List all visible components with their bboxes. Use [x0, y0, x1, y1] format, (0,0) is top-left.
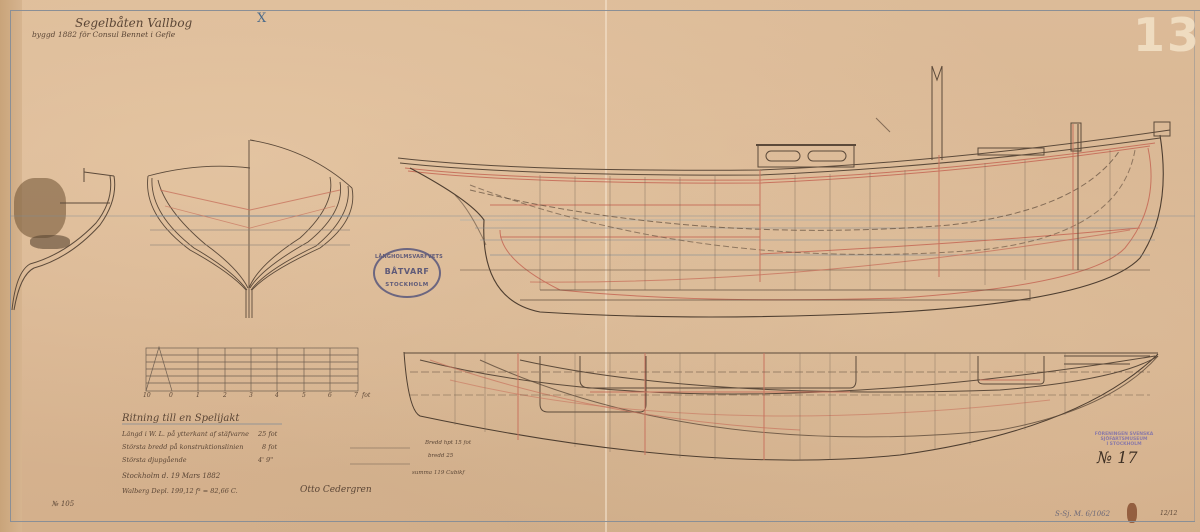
stamp-bottom-text: STOCKHOLM — [375, 282, 439, 288]
center-note: bredd 25 — [428, 453, 453, 459]
scale-tick: 1 — [196, 392, 200, 399]
half-breadth-view — [404, 352, 1158, 460]
center-note: summa 119 Cubikf — [412, 470, 464, 476]
scale-tick: 5 — [302, 392, 306, 399]
note-line-3: Största djupgående — [122, 456, 187, 464]
stamp-top-text: LÅNGHOLMSVARFVETS — [375, 254, 439, 260]
scale-tick: 10 — [143, 392, 151, 399]
signature: Otto Cedergren — [300, 485, 372, 495]
scale-tick: 2 — [223, 392, 227, 399]
notes-heading: Ritning till en Spelijakt — [122, 413, 239, 424]
drawing-sheet: 13 Segelbåten Vallbog byggd 1882 för Con… — [0, 0, 1200, 532]
margin-note: 12/12 — [1160, 510, 1177, 517]
scale-bar — [146, 347, 358, 391]
center-note: Bredd hpt 15 fot — [425, 440, 471, 446]
body-plan-view — [148, 140, 353, 318]
displacement: Walberg Depl. 199,12 f³ = 82,66 C. — [122, 487, 238, 495]
stern-section-view — [12, 168, 115, 310]
archive-stamp-line2: I STOCKHOLM — [1081, 442, 1167, 447]
ship-drawing-lines — [0, 0, 1200, 532]
stamp-center-text: BÅTVARF — [375, 267, 439, 276]
scale-tick: 0 — [169, 392, 173, 399]
place-date: Stockholm d. 19 Mars 1882 — [122, 472, 220, 480]
scale-tick: 4 — [275, 392, 279, 399]
note-line-2: Största bredd på konstruktionslinien — [122, 443, 243, 451]
scale-tick: 6 — [328, 392, 332, 399]
scale-tick: 3 — [249, 392, 253, 399]
note-line-1: Längd i W. L. på ytterkant af stäfvarne — [122, 430, 249, 438]
scale-tick: 7 — [354, 392, 358, 399]
drawing-number: № 17 — [1097, 448, 1138, 467]
archive-reference: S-Sj. M. 6/1062 — [1055, 510, 1110, 518]
profile-view — [398, 66, 1170, 317]
archive-stamp: FÖRENINGEN SVENSKA SJÖFARTSMUSEUM I STOC… — [1081, 432, 1167, 447]
note-value-2: 8 fot — [262, 443, 277, 451]
scale-unit: fot — [362, 392, 370, 399]
shipyard-stamp: LÅNGHOLMSVARFVETS BÅTVARF STOCKHOLM — [373, 248, 441, 298]
note-value-3: 4' 9" — [258, 456, 273, 464]
left-catalog-number: № 105 — [52, 500, 74, 508]
archive-stamp-line1: FÖRENINGEN SVENSKA SJÖFARTSMUSEUM — [1081, 432, 1167, 442]
note-value-1: 25 fot — [258, 430, 277, 438]
